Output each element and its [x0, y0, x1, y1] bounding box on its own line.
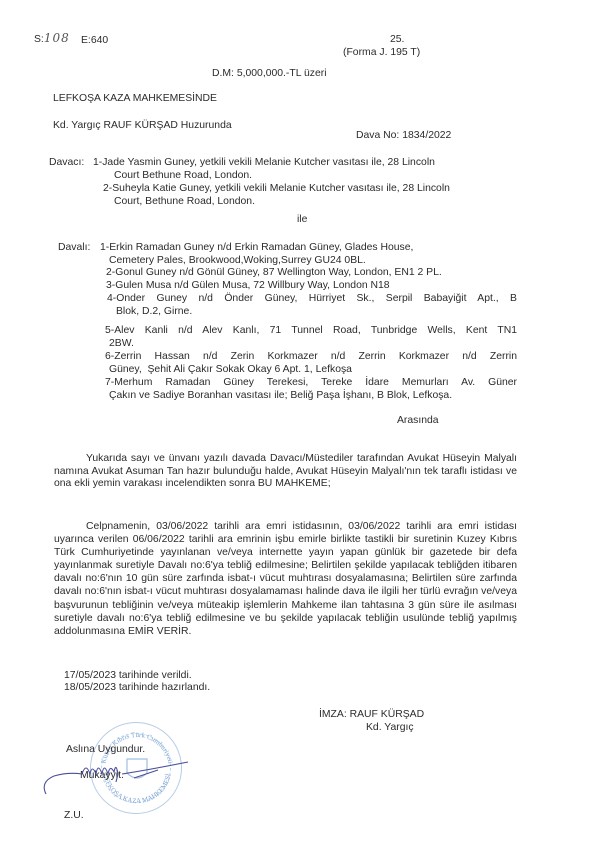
defendant-2-line1: 2-Gonul Guney n/d Gönül Güney, 87 Wellin…	[106, 267, 442, 280]
s-label: S:	[34, 34, 44, 45]
ile-separator: ile	[297, 214, 307, 227]
defendants-label: Davalı:	[58, 242, 90, 255]
e-number: E:640	[81, 35, 108, 48]
plaintiff-2-line2: Court, Bethune Road, London.	[103, 196, 450, 209]
s-handwritten-number: 108	[44, 31, 70, 45]
zu-label: Z.U.	[64, 810, 84, 823]
defendant-5-line1: 5-Alev Kanli n/d Alev Kanlı, 71 Tunnel R…	[105, 325, 517, 338]
defendant-7-line2: Çakın ve Sadiye Boranhan vasıtası ile; B…	[105, 390, 517, 403]
date-given: 17/05/2023 tarihinde verildi.	[64, 670, 192, 683]
arasinda-label: Arasında	[397, 415, 439, 428]
paragraph-order: Celpnamenin, 03/06/2022 tarihli ara emri…	[54, 520, 517, 638]
plaintiff-1: 1-Jade Yasmin Guney, yetkili vekili Mela…	[93, 157, 435, 182]
defendant-6-line1: 6-Zerrin Hassan n/d Zerin Korkmazer n/d …	[105, 351, 517, 364]
defendant-6-line2: Güney, Şehit Ali Çakır Sokak Okay 6 Apt.…	[105, 364, 517, 377]
paragraph-intro: Yukarıda sayı ve ünvanı yazılı davada Da…	[54, 453, 517, 491]
dm-amount: D.M: 5,000,000.-TL üzeri	[212, 68, 327, 81]
plaintiff-2: 2-Suheyla Katie Guney, yetkili vekili Me…	[103, 183, 450, 208]
plaintiffs-label: Davacı:	[49, 157, 84, 170]
defendant-4-line1: 4-Onder Guney n/d Önder Güney, Hürriyet …	[107, 293, 517, 306]
case-number: Dava No: 1834/2022	[356, 130, 451, 143]
s-number: S:108	[34, 32, 70, 47]
plaintiff-1-line2: Court Bethune Road, London.	[93, 170, 435, 183]
judge-line: Kd. Yargıç RAUF KÜRŞAD Huzurunda	[53, 120, 232, 133]
defendant-3-line1: 3-Gulen Musa n/d Gülen Musa, 72 Willbury…	[106, 280, 390, 293]
signature-name: İMZA: RAUF KÜRŞAD	[319, 709, 424, 722]
defendant-2: 2-Gonul Guney n/d Gönül Güney, 87 Wellin…	[106, 267, 442, 280]
defendant-6: 6-Zerrin Hassan n/d Zerin Korkmazer n/d …	[105, 351, 517, 376]
defendant-7-line1: 7-Merhum Ramadan Güney Terekesi, Tereke …	[105, 377, 517, 390]
page-number: 25.	[390, 34, 404, 47]
registrar-signature-icon	[38, 752, 208, 812]
plaintiff-2-line1: 2-Suheyla Katie Guney, yetkili vekili Me…	[103, 183, 450, 196]
defendant-1: 1-Erkin Ramadan Guney n/d Erkin Ramadan …	[100, 242, 413, 267]
date-prepared: 18/05/2023 tarihinde hazırlandı.	[64, 682, 210, 695]
defendant-4: 4-Onder Guney n/d Önder Güney, Hürriyet …	[107, 293, 517, 318]
defendant-5-line2: 2BW.	[105, 338, 517, 351]
defendant-5: 5-Alev Kanli n/d Alev Kanlı, 71 Tunnel R…	[105, 325, 517, 350]
form-number: (Forma J. 195 T)	[343, 47, 420, 60]
plaintiff-1-line1: 1-Jade Yasmin Guney, yetkili vekili Mela…	[93, 157, 435, 170]
defendant-7: 7-Merhum Ramadan Güney Terekesi, Tereke …	[105, 377, 517, 402]
defendant-1-line2: Cemetery Pales, Brookwood,Woking,Surrey …	[100, 255, 413, 268]
defendant-1-line1: 1-Erkin Ramadan Guney n/d Erkin Ramadan …	[100, 242, 413, 255]
defendant-3: 3-Gulen Musa n/d Gülen Musa, 72 Willbury…	[106, 280, 390, 293]
signature-title: Kd. Yargıç	[366, 722, 414, 735]
court-name: LEFKOŞA KAZA MAHKEMESİNDE	[53, 93, 217, 106]
defendant-4-line2: Blok, D.2, Girne.	[107, 306, 517, 319]
